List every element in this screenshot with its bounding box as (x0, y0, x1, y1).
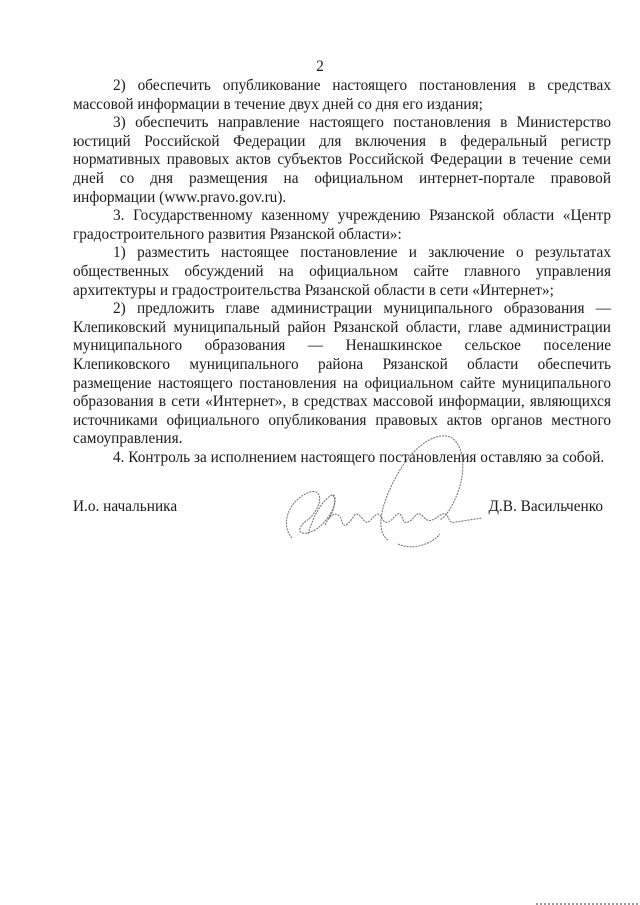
paragraph-municipal-publication: 2) предложить главе администрации муници… (73, 300, 611, 449)
document-body: 2) обеспечить опубликование настоящего п… (73, 77, 611, 467)
page-number: 2 (0, 58, 640, 76)
paragraph-state-institution: 3. Государственному казенному учреждению… (73, 207, 611, 244)
paragraph-publication: 2) обеспечить опубликование настоящего п… (73, 77, 611, 114)
signatory-name: Д.В. Васильченко (489, 498, 604, 516)
paragraph-post-on-website: 1) разместить настоящее постановление и … (73, 244, 611, 300)
document-page: 2 2) обеспечить опубликование настоящего… (0, 0, 640, 905)
signature-block: И.о. начальника Д.В. Васильченко (73, 498, 611, 538)
paragraph-ministry-of-justice: 3) обеспечить направление настоящего пос… (73, 114, 611, 207)
signatory-position: И.о. начальника (73, 498, 177, 516)
